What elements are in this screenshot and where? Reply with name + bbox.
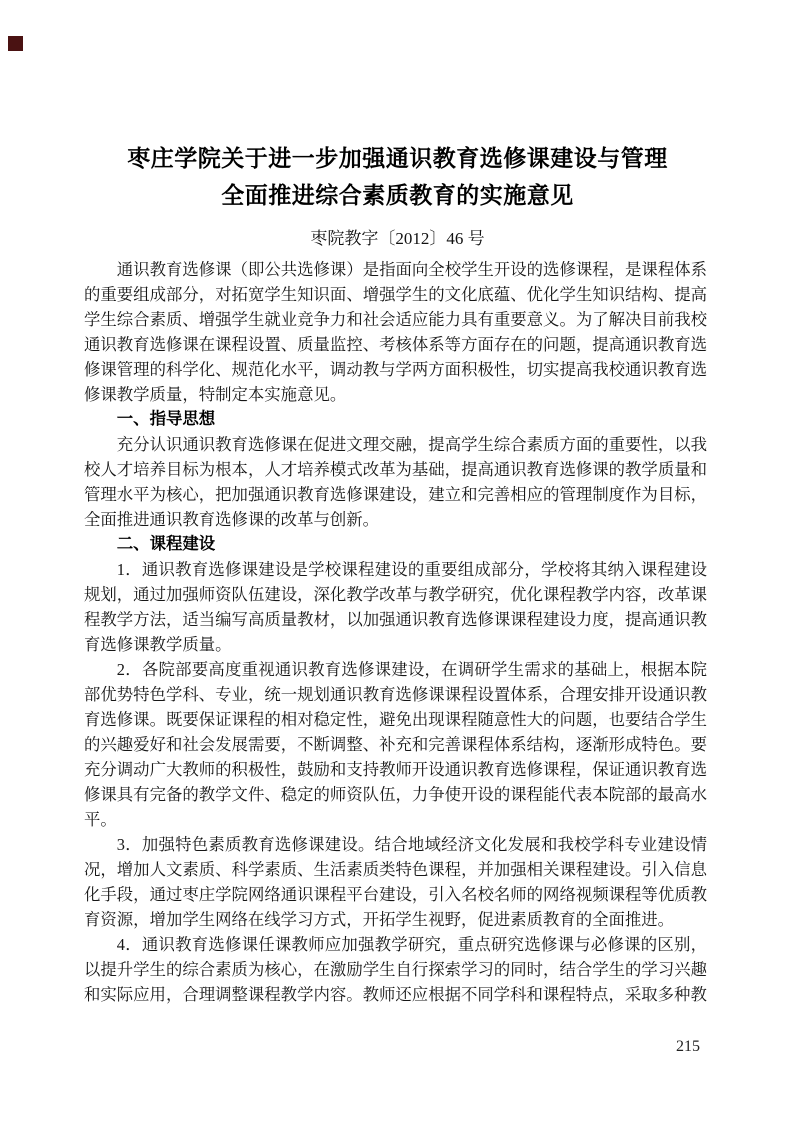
document-body: 通识教育选修课（即公共选修课）是指面向全校学生开设的选修课程，是课程体系的重要组…: [84, 257, 707, 1007]
document-title-line-2: 全面推进综合素质教育的实施意见: [70, 177, 725, 214]
page-number: 215: [676, 1038, 700, 1056]
paragraph: 3．加强特色素质教育选修课建设。结合地域经济文化发展和我校学科专业建设情况，增加…: [84, 832, 707, 932]
document-title-line-1: 枣庄学院关于进一步加强通识教育选修课建设与管理: [70, 140, 725, 177]
section-heading: 二、课程建设: [84, 532, 707, 557]
document-page: 枣庄学院关于进一步加强通识教育选修课建设与管理 全面推进综合素质教育的实施意见 …: [0, 0, 795, 1124]
document-title: 枣庄学院关于进一步加强通识教育选修课建设与管理 全面推进综合素质教育的实施意见: [70, 140, 725, 214]
paragraph: 2．各院部要高度重视通识教育选修课建设，在调研学生需求的基础上，根据本院部优势特…: [84, 657, 707, 832]
document-number: 枣院教字〔2012〕46 号: [0, 227, 795, 251]
paragraph: 1．通识教育选修课建设是学校课程建设的重要组成部分，学校将其纳入课程建设规划，通…: [84, 557, 707, 657]
paragraph: 通识教育选修课（即公共选修课）是指面向全校学生开设的选修课程，是课程体系的重要组…: [84, 257, 707, 407]
corner-mark: [8, 36, 23, 51]
paragraph: 充分认识通识教育选修课在促进文理交融，提高学生综合素质方面的重要性，以我校人才培…: [84, 432, 707, 532]
paragraph: 4．通识教育选修课任课教师应加强教学研究，重点研究选修课与必修课的区别，以提升学…: [84, 932, 707, 1007]
section-heading: 一、指导思想: [84, 407, 707, 432]
